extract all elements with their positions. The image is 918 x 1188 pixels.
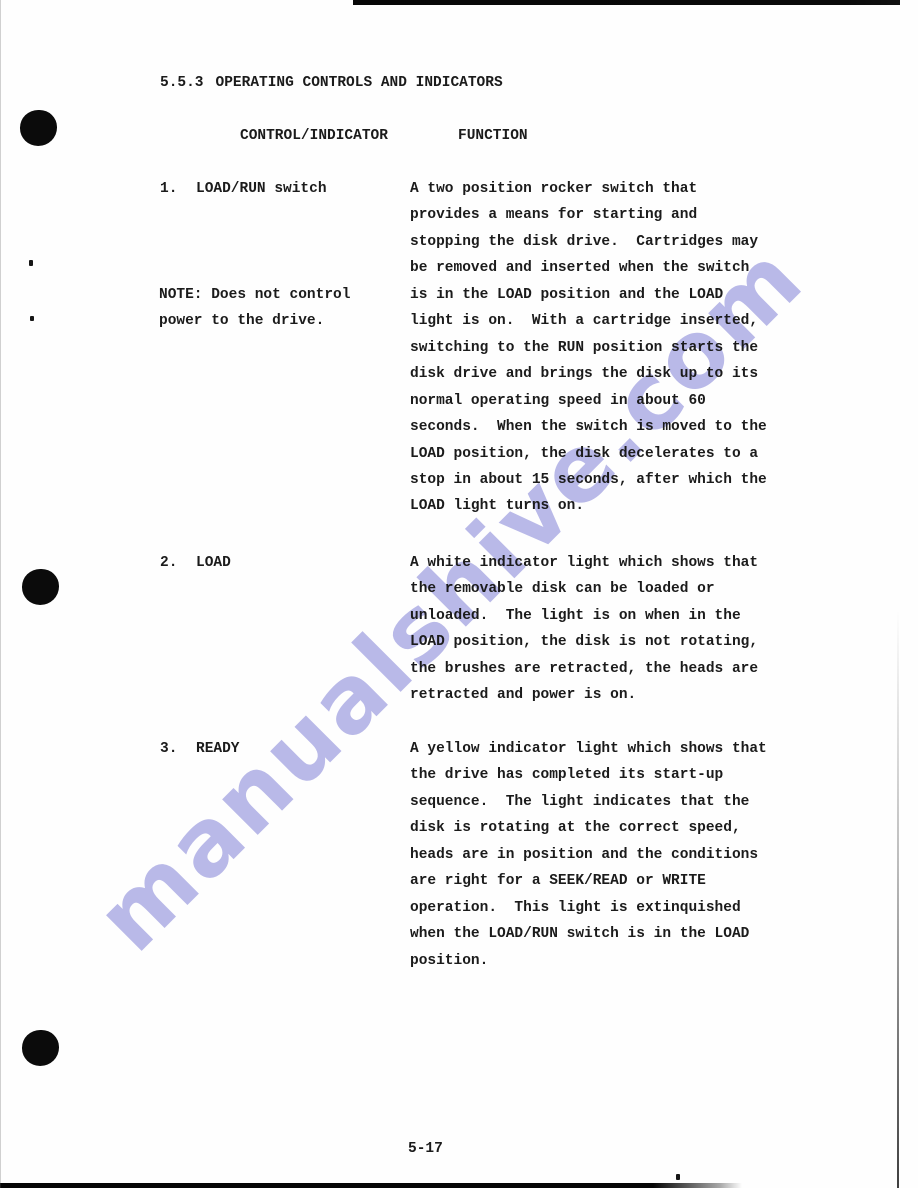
item-function-text: A white indicator light which shows that… [410,550,790,709]
item-number: 1. [160,176,177,202]
section-number: 5.5.3 [160,75,204,91]
item-label: LOAD/RUN switch [196,176,327,202]
item-label: READY [196,736,240,762]
page-number: 5-17 [408,1136,443,1162]
item-function-text: A yellow indicator light which shows tha… [410,736,790,974]
page-content: 5.5.3OPERATING CONTROLS AND INDICATORS C… [0,0,918,1188]
item-note: NOTE: Does not control power to the driv… [159,282,399,335]
column-header-function: FUNCTION [458,123,528,149]
section-title: OPERATING CONTROLS AND INDICATORS [216,75,503,91]
section-heading: 5.5.3OPERATING CONTROLS AND INDICATORS [160,70,503,96]
item-number: 3. [160,736,177,762]
document-page: manualshive.com 5.5.3OPERATING CONTROLS … [0,0,918,1188]
item-function-text: A two position rocker switch that provid… [410,176,790,520]
item-label: LOAD [196,550,231,576]
item-number: 2. [160,550,177,576]
column-header-control-indicator: CONTROL/INDICATOR [240,123,388,149]
